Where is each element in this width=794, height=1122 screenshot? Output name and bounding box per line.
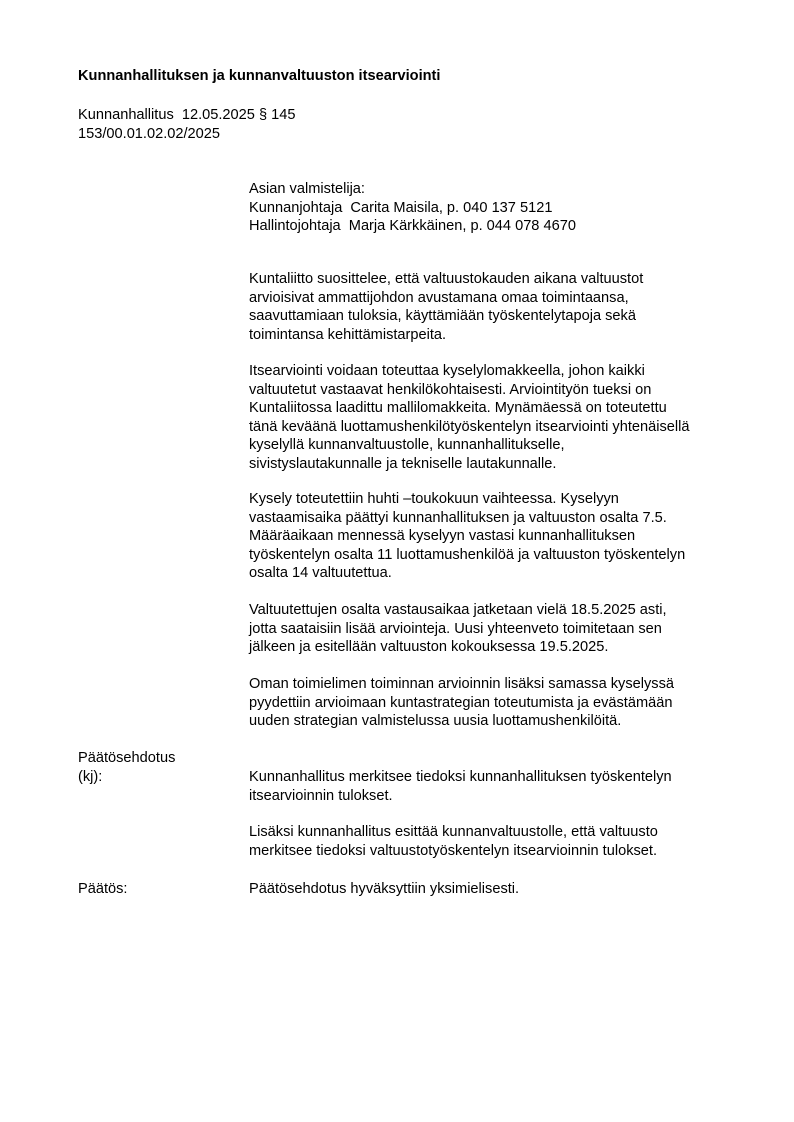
text-line: uuden strategian valmistelussa uusia luo… xyxy=(249,712,674,731)
proposal-text: Kunnanhallitus merkitsee tiedoksi kunnan… xyxy=(249,768,672,805)
text-line: työskentelyn osalta 11 luottamushenkilöä… xyxy=(249,546,685,565)
paragraph-extension: Valtuutettujen osalta vastausaikaa jatke… xyxy=(249,601,667,657)
text-line: jotta saataisiin lisää arviointeja. Uusi… xyxy=(249,620,667,639)
text-line: tänä keväänä luottamushenkilötyöskentely… xyxy=(249,418,690,437)
preparer-line: Kunnanjohtaja Carita Maisila, p. 040 137… xyxy=(249,199,576,218)
text-line: Lisäksi kunnanhallitus esittää kunnanval… xyxy=(249,823,658,842)
text-line: Kuntaliitto suosittelee, että valtuustok… xyxy=(249,270,643,289)
decision-label: Päätös: xyxy=(78,880,128,899)
text-line: Kunnanhallitus merkitsee tiedoksi kunnan… xyxy=(249,768,672,787)
preparers-heading: Asian valmistelija: xyxy=(249,180,576,199)
paragraph-recommendation: Kuntaliitto suosittelee, että valtuustok… xyxy=(249,270,643,344)
proposal-text-2: Lisäksi kunnanhallitus esittää kunnanval… xyxy=(249,823,658,860)
text-line: jälkeen ja esitellään valtuuston kokouks… xyxy=(249,638,667,657)
text-line: valtuutetut vastaavat henkilökohtaisesti… xyxy=(249,381,690,400)
text-line: Kysely toteutettiin huhti –toukokuun vai… xyxy=(249,490,685,509)
text-line: toimintansa kehittämistarpeita. xyxy=(249,326,643,345)
text-line: Kuntaliitossa laadittu mallilomakkeita. … xyxy=(249,399,690,418)
record-id: 153/00.01.02.02/2025 xyxy=(78,125,295,144)
proposal-label-line: (kj): xyxy=(78,768,175,787)
meeting-reference: Kunnanhallitus 12.05.2025 § 145 xyxy=(78,106,295,125)
text-line: Itsearviointi voidaan toteuttaa kyselylo… xyxy=(249,362,690,381)
text-line: Oman toimielimen toiminnan arvioinnin li… xyxy=(249,675,674,694)
text-line: saavuttamiaan tuloksia, käyttämiään työs… xyxy=(249,307,643,326)
text-line: pyydettiin arvioimaan kuntastrategian to… xyxy=(249,694,674,713)
proposal-label: Päätösehdotus (kj): xyxy=(78,749,175,786)
text-line: merkitsee tiedoksi valtuustotyöskentelyn… xyxy=(249,842,658,861)
meeting-info: Kunnanhallitus 12.05.2025 § 145 153/00.0… xyxy=(78,106,295,143)
text-line: osalta 14 valtuutettua. xyxy=(249,564,685,583)
proposal-label-line: Päätösehdotus xyxy=(78,749,175,768)
text-line: Valtuutettujen osalta vastausaikaa jatke… xyxy=(249,601,667,620)
text-line: sivistyslautakunnalle ja tekniselle laut… xyxy=(249,455,690,474)
text-line: vastaamisaika päättyi kunnanhallituksen … xyxy=(249,509,685,528)
text-line: arvioisivat ammattijohdon avustamana oma… xyxy=(249,289,643,308)
text-line: itsearvioinnin tulokset. xyxy=(249,787,672,806)
preparers-section: Asian valmistelija: Kunnanjohtaja Carita… xyxy=(249,180,576,236)
decision-text: Päätösehdotus hyväksyttiin yksimielisest… xyxy=(249,880,519,899)
text-line: kyselyllä kunnanvaltuustolle, kunnanhall… xyxy=(249,436,690,455)
document-page: Kunnanhallituksen ja kunnanvaltuuston it… xyxy=(0,0,794,1122)
paragraph-self-assessment: Itsearviointi voidaan toteuttaa kyselylo… xyxy=(249,362,690,474)
document-title: Kunnanhallituksen ja kunnanvaltuuston it… xyxy=(78,68,440,84)
text-line: Määräaikaan mennessä kyselyyn vastasi ku… xyxy=(249,527,685,546)
preparer-line: Hallintojohtaja Marja Kärkkäinen, p. 044… xyxy=(249,217,576,236)
paragraph-survey: Kysely toteutettiin huhti –toukokuun vai… xyxy=(249,490,685,583)
paragraph-strategy: Oman toimielimen toiminnan arvioinnin li… xyxy=(249,675,674,731)
